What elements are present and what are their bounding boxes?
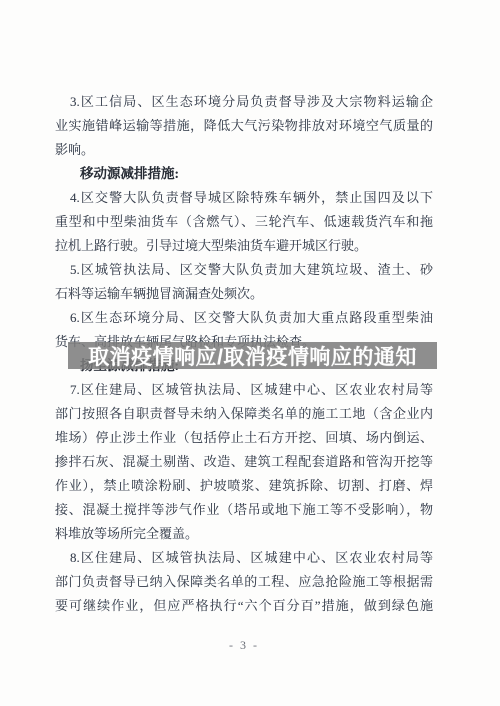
section-heading: 移动源减排措施: [55,162,433,186]
text-line: 接、混凝土搅拌等涉气作业（塔吊或地下施工等不受影响），物 [55,498,433,522]
text-line: 作业），禁止喷涂粉刷、护坡喷浆、建筑拆除、切割、打磨、焊 [55,474,433,498]
text-line: 重型和中型柴油货车（含燃气）、三轮汽车、低速载货汽车和拖 [55,210,433,234]
document-page: 3.区工信局、区生态环境分局负责督导涉及大宗物料运输企业实施错峰运输等措施，降低… [0,0,500,706]
text-line: 料堆放等场所完全覆盖。 [55,522,433,546]
watermark-banner: 取消疫情响应/取消疫情响应的通知 [68,342,437,369]
text-line: 6.区生态环境分局、区交警大队负责加大重点路段重型柴油 [55,306,433,330]
watermark-title: 取消疫情响应/取消疫情响应的通知 [88,341,417,371]
text-line: 3.区工信局、区生态环境分局负责督导涉及大宗物料运输企 [55,90,433,114]
text-line: 掺拌石灰、混凝土剔凿、改造、建筑工程配套道路和管沟开挖等 [55,450,433,474]
text-line: 7.区住建局、区城管执法局、区城建中心、区农业农村局等 [55,378,433,402]
text-line: 拉机上路行驶。引导过境大型柴油货车避开城区行驶。 [55,234,433,258]
text-line: 部门负责督导已纳入保障类名单的工程、应急抢险施工等根据需 [55,570,433,594]
text-line: 业实施错峰运输等措施，降低大气污染物排放对环境空气质量的 [55,114,433,138]
text-line: 部门按照各自职责督导未纳入保障类名单的施工工地（含企业内 [55,402,433,426]
text-line: 5.区城管执法局、区交警大队负责加大建筑垃圾、渣土、砂 [55,258,433,282]
text-line: 堆场）停止涉土作业（包括停止土石方开挖、回填、场内倒运、 [55,426,433,450]
text-line: 要可继续作业，但应严格执行“六个百分百”措施，做到绿色施 [55,594,433,618]
text-line: 石料等运输车辆抛冒滴漏查处频次。 [55,282,433,306]
text-line: 4.区交警大队负责督导城区除特殊车辆外，禁止国四及以下 [55,186,433,210]
text-line: 影响。 [55,138,433,162]
text-line: 8.区住建局、区城管执法局、区城建中心、区农业农村局等 [55,546,433,570]
page-number: - 3 - [0,638,488,653]
